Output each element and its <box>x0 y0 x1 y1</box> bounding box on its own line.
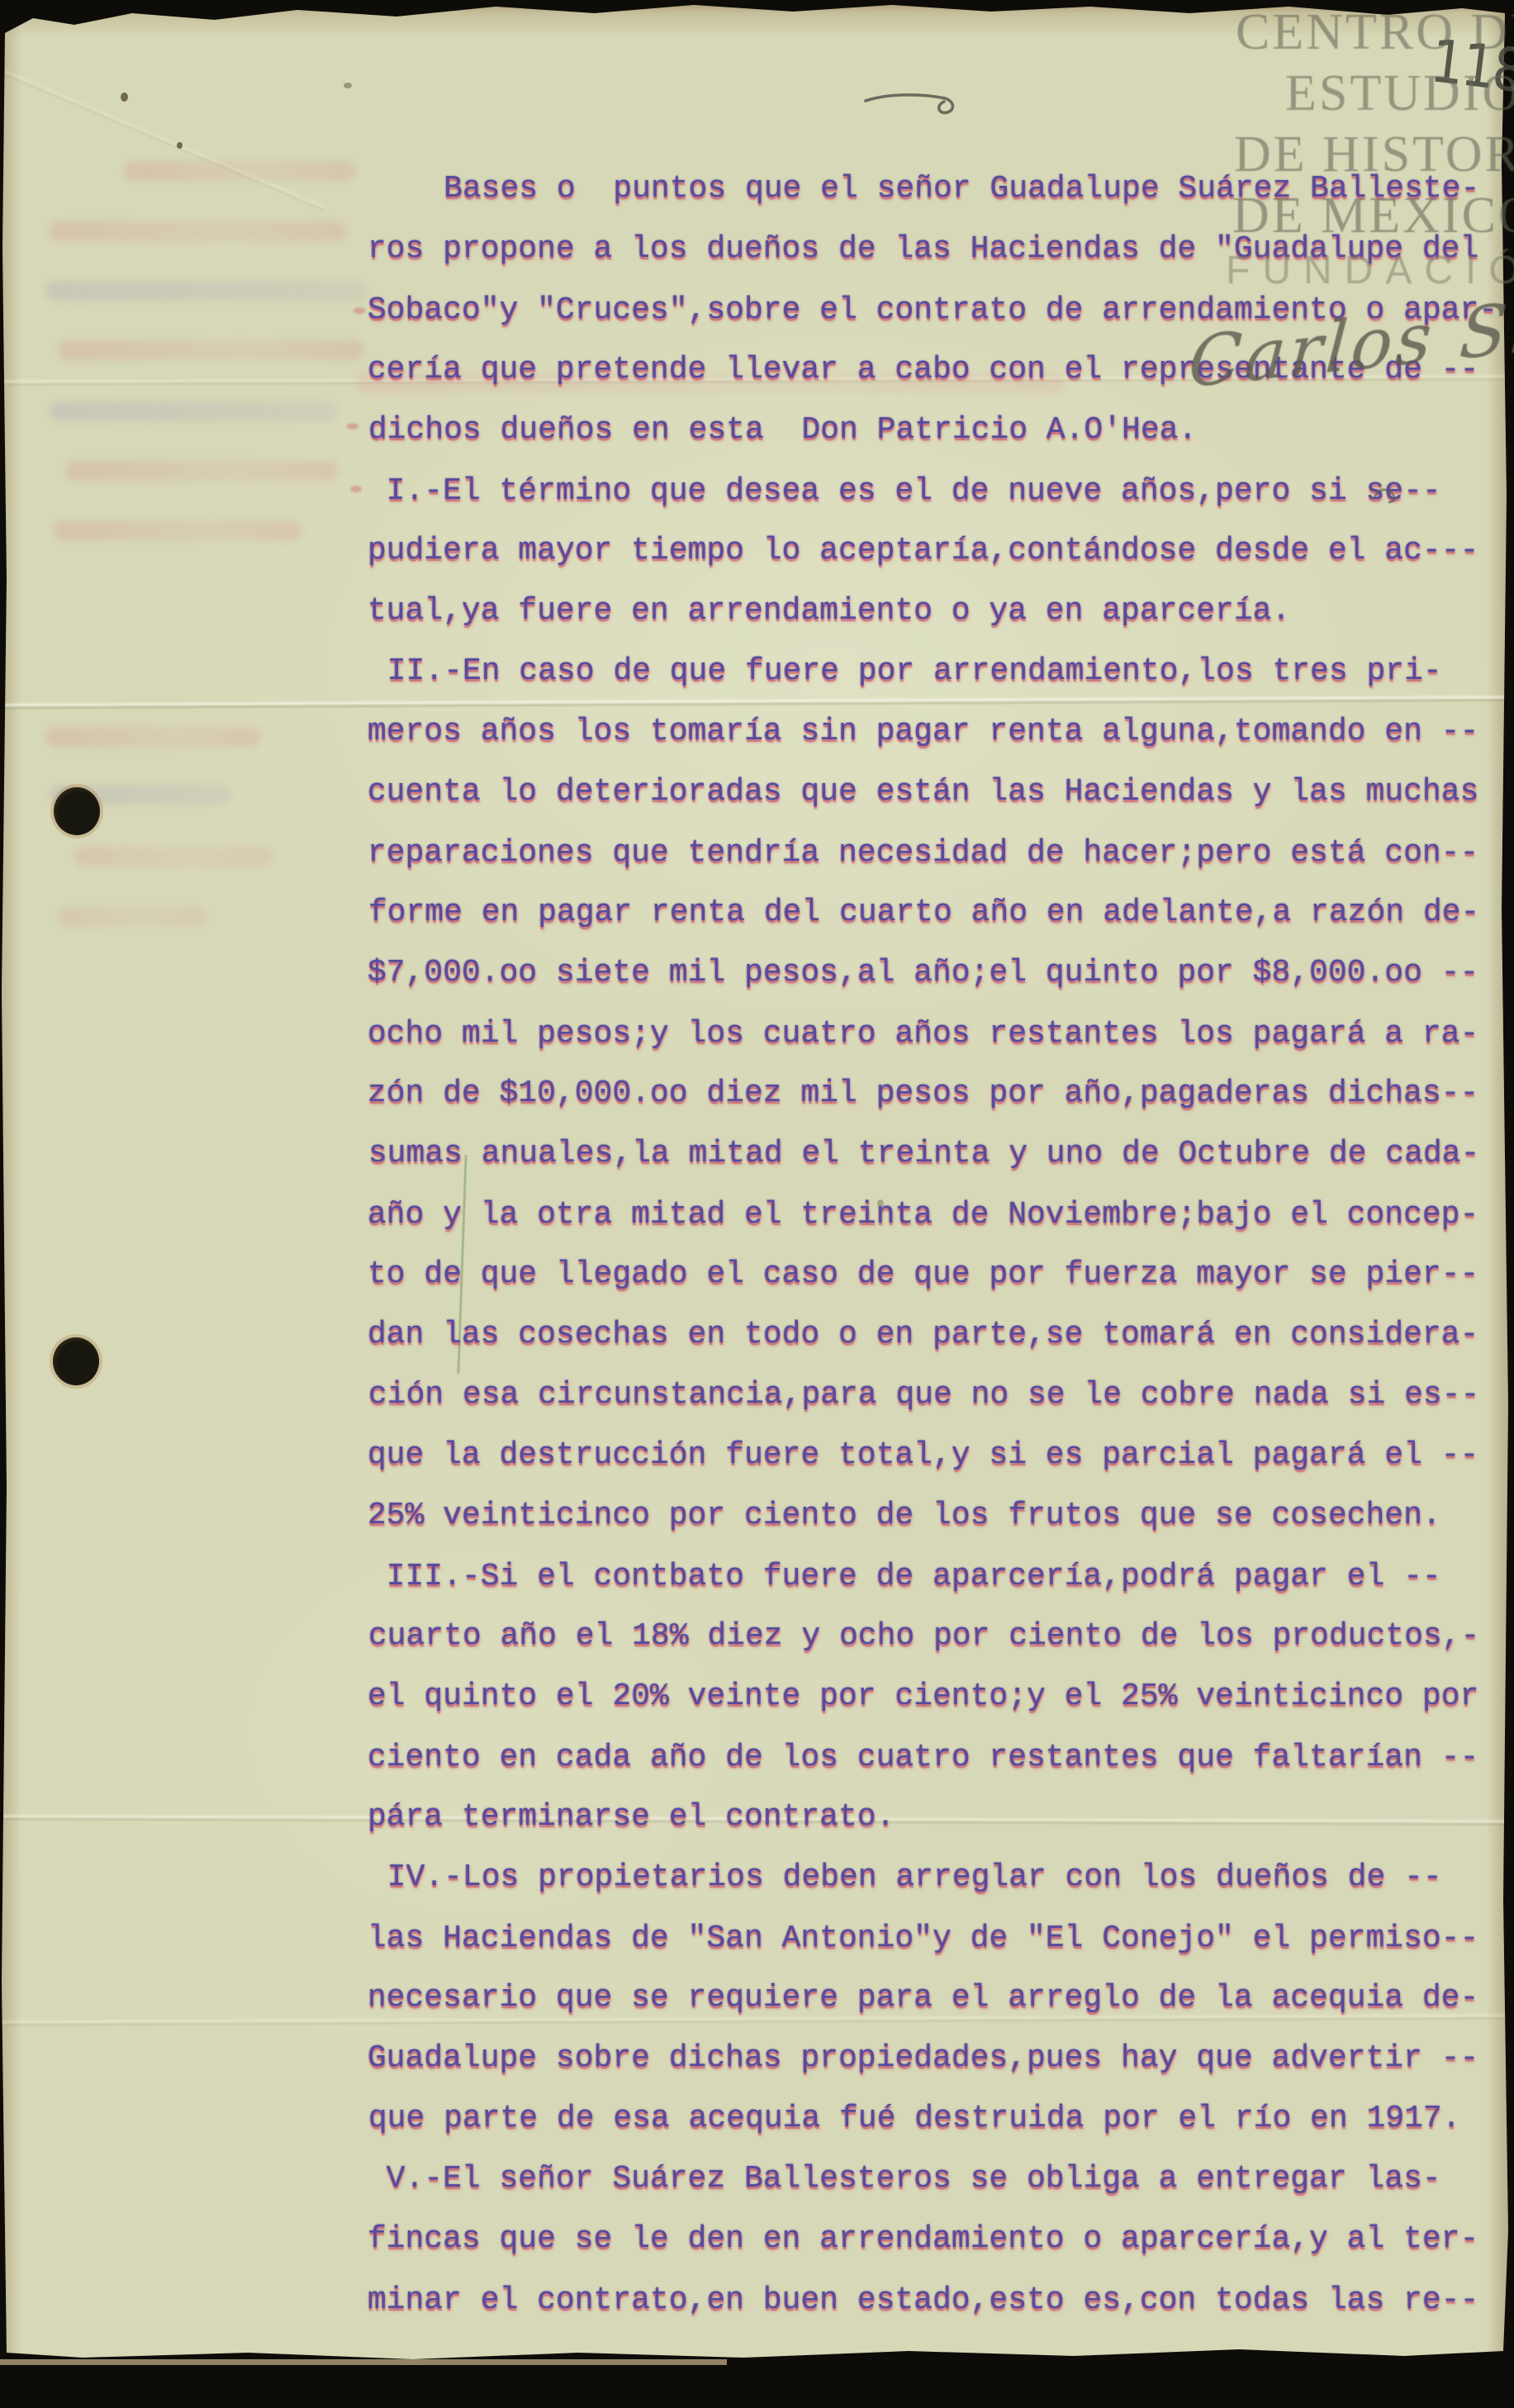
bleedthrough-smudge <box>74 847 273 867</box>
margin-mark <box>354 307 365 314</box>
typed-line: ciento en cada año de los cuatro restant… <box>368 1727 1507 1788</box>
paper-speck <box>344 83 352 88</box>
typed-line: dan las cosechas en todo o en parte,se t… <box>368 1304 1507 1365</box>
typed-line: tual,ya fuere en arrendamiento o ya en a… <box>368 581 1507 641</box>
typed-line: ros propone a los dueños de las Hacienda… <box>368 219 1507 279</box>
typed-line: V.-El señor Suárez Ballesteros se obliga… <box>368 2149 1507 2209</box>
typed-line: IV.-Los propietarios deben arreglar con … <box>368 1847 1508 1907</box>
typed-line: el quinto el 20% veinte por ciento;y el … <box>368 1666 1507 1726</box>
margin-mark <box>350 486 362 492</box>
bleedthrough-smudge <box>50 401 339 421</box>
typed-line: Bases o puntos que el señor Guadalupe Su… <box>368 159 1508 219</box>
typed-line: que la destrucción fuere total,y si es p… <box>368 1425 1507 1485</box>
typed-line: ción esa circunstancia,para que no se le… <box>368 1365 1508 1425</box>
scanned-document-page: Bases o puntos que el señor Guadalupe Su… <box>0 0 1514 2408</box>
bleedthrough-smudge <box>54 520 301 540</box>
typed-line: pára terminarse el contrato. <box>368 1787 1507 1847</box>
typed-line: III.-Si el contbato fuere de aparcería,p… <box>368 1546 1507 1607</box>
typed-line: pudiera mayor tiempo lo aceptaría,contán… <box>368 520 1507 581</box>
next-page-edge <box>0 2359 727 2365</box>
bleedthrough-smudge <box>124 161 355 181</box>
typed-line: meros años los tomaría sin pagar renta a… <box>368 701 1507 762</box>
typed-line: dichos dueños en esta Don Patricio A.O'H… <box>368 400 1508 460</box>
typed-line: $7,000.oo siete mil pesos,al año;el quin… <box>368 943 1507 1003</box>
typed-line: 25% veinticinco por ciento de los frutos… <box>368 1485 1507 1546</box>
typed-lines: Bases o puntos que el señor Guadalupe Su… <box>368 159 1507 2330</box>
paper-sheet: Bases o puntos que el señor Guadalupe Su… <box>0 0 1514 2408</box>
typed-line: año y la otra mitad el treinta de Noviem… <box>368 1185 1507 1245</box>
typed-line: forme en pagar renta del cuarto año en a… <box>368 882 1508 943</box>
typed-line: cería que pretende llevar a cabo con el … <box>368 340 1507 400</box>
bleedthrough-smudge <box>58 340 363 360</box>
typed-line: reparaciones que tendría necesidad de ha… <box>368 823 1507 883</box>
typed-line: II.-En caso de que fuere por arrendamien… <box>368 641 1508 701</box>
pencil-squiggle-icon <box>862 79 968 122</box>
typed-line: Sobaco"y "Cruces",sobre el contrato de a… <box>368 280 1507 340</box>
bleedthrough-smudge <box>50 221 347 241</box>
margin-mark <box>347 423 358 430</box>
typed-line: fincas que se le den en arrendamiento o … <box>368 2209 1507 2269</box>
punch-hole-top <box>54 787 100 835</box>
paper-speck <box>177 142 183 149</box>
typed-line: que parte de esa acequia fué destruida p… <box>368 2088 1508 2149</box>
typed-line: zón de $10,000.oo diez mil pesos por año… <box>368 1063 1507 1123</box>
typed-line: cuarto año el 18% diez y ocho por ciento… <box>368 1606 1508 1666</box>
typed-line: las Haciendas de "San Antonio"y de "El C… <box>368 1908 1507 1969</box>
fold-crease <box>0 66 327 212</box>
bleedthrough-smudge <box>45 727 260 747</box>
paper-speck <box>121 93 128 102</box>
page-number: 118 <box>1426 27 1514 107</box>
bleedthrough-smudge <box>45 281 368 301</box>
bleedthrough-smudge <box>66 461 339 481</box>
typed-line: sumas anuales,la mitad el treinta y uno … <box>368 1123 1508 1184</box>
typed-line: cuenta lo deterioradas que están las Hac… <box>368 762 1507 822</box>
typed-line: ocho mil pesos;y los cuatro años restant… <box>368 1004 1507 1064</box>
pencil-tick-icon <box>1371 479 1409 504</box>
typed-line: Guadalupe sobre dichas propiedades,pues … <box>368 2028 1507 2088</box>
typed-line: I.-El término que desea es el de nueve a… <box>368 461 1507 521</box>
punch-hole-bottom <box>53 1337 99 1385</box>
bleedthrough-smudge <box>58 907 206 927</box>
typed-line: to de que llegado el caso de que por fue… <box>368 1244 1507 1304</box>
typed-line: necesario que se requiere para el arregl… <box>368 1968 1507 2028</box>
typed-line: minar el contrato,en buen estado,esto es… <box>368 2270 1507 2330</box>
